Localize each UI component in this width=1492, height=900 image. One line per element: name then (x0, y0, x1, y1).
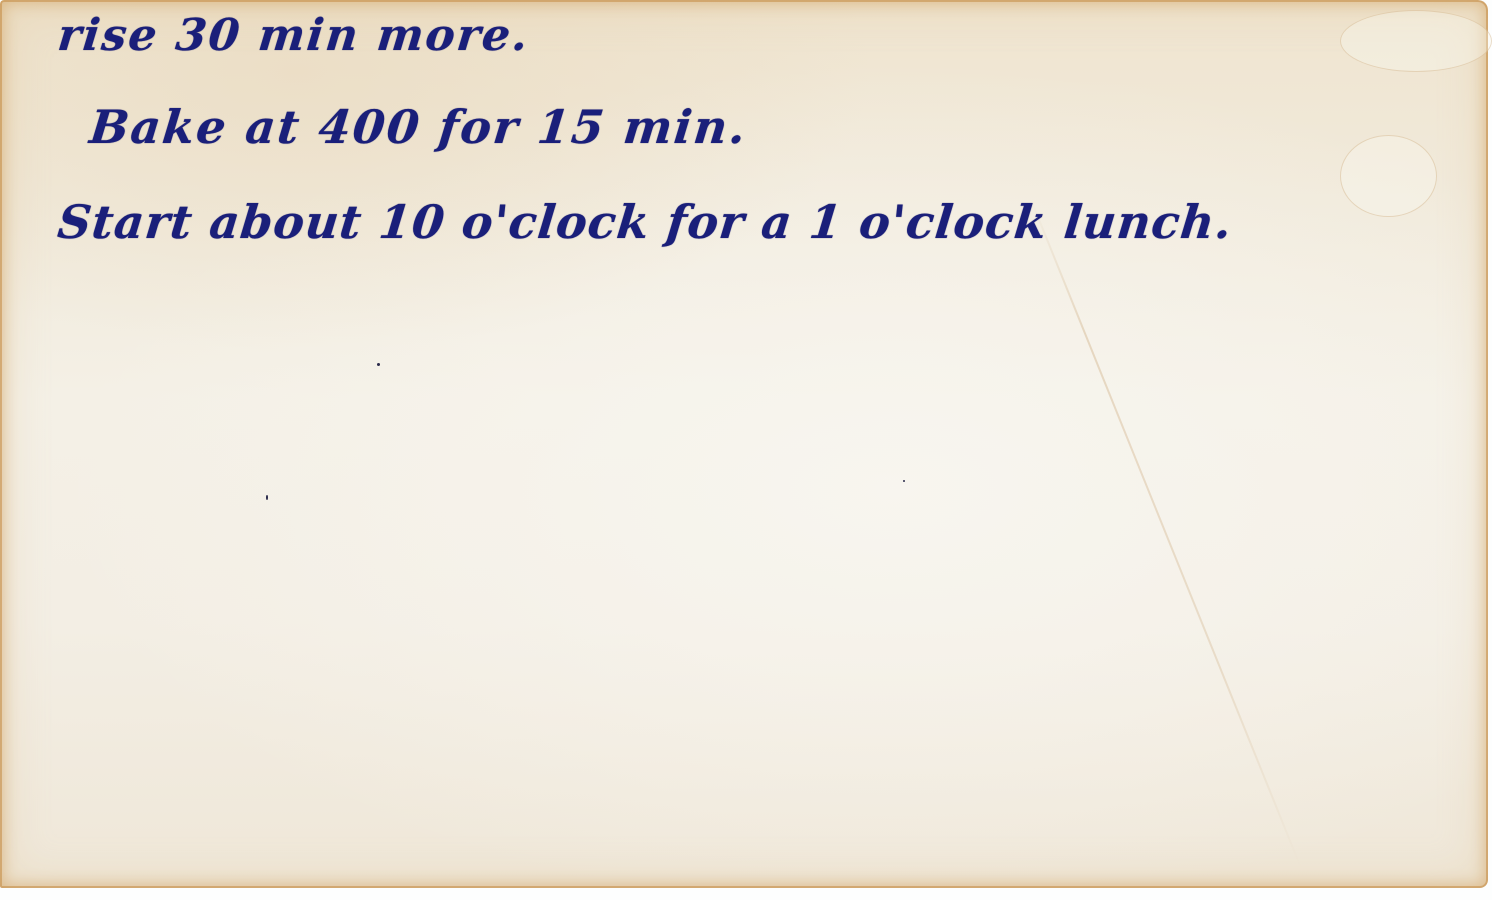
scanned-card-page: rise 30 min more. Bake at 400 for 15 min… (0, 0, 1492, 900)
instruction-line-start: Start about 10 o'clock for a 1 o'clock l… (55, 195, 1235, 249)
water-stain (1340, 10, 1492, 72)
instruction-line-bake: Bake at 400 for 15 min. (87, 100, 750, 154)
paper-crease (1030, 199, 1302, 867)
recipe-card: rise 30 min more. Bake at 400 for 15 min… (0, 0, 1488, 888)
ink-speck (377, 363, 380, 366)
ink-speck (266, 495, 268, 500)
ink-speck (903, 480, 905, 482)
instruction-line-rise: rise 30 min more. (55, 10, 532, 61)
water-stain (1340, 135, 1437, 217)
